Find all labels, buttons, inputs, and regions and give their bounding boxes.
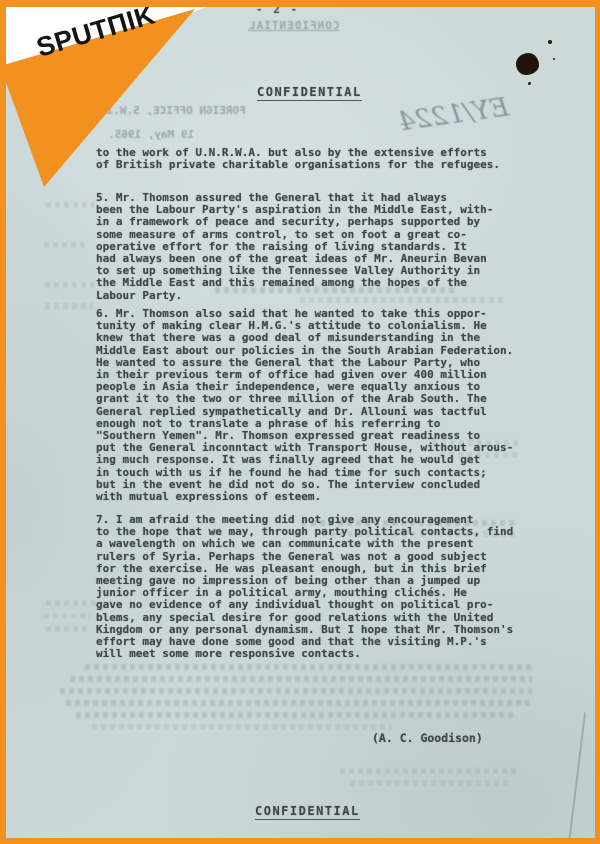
paragraph-7: 7. I am afraid the meeting did not give … [96, 514, 536, 660]
bleedthrough-handwriting: EY/1224 [396, 92, 510, 137]
paper-crease [568, 712, 586, 843]
signature: (A. C. Goodison) [372, 732, 483, 744]
classification-heading-top: CONFIDENTIAL [257, 86, 362, 101]
ink-blot [516, 53, 539, 75]
bleedthrough-streak [66, 700, 530, 706]
bleedthrough-streak [46, 626, 90, 632]
bleedthrough-streak [44, 613, 90, 619]
bleedthrough-streak [44, 242, 86, 248]
bleedthrough-streak [76, 712, 514, 718]
frame-border-bottom [0, 838, 600, 844]
frame-border-top [0, 0, 600, 7]
bleedthrough-streak [340, 768, 520, 774]
classification-heading-bottom: CONFIDENTIAL [255, 805, 360, 820]
bleedthrough-streak [350, 780, 510, 786]
scanned-document-photo: - 2 - CONFIDENTIAL CONFIDENTIAL FOREIGN … [0, 0, 600, 844]
ink-speck [528, 82, 531, 85]
ink-speck [553, 58, 555, 60]
frame-border-left [0, 0, 6, 844]
paragraph-5: 5. Mr. Thomson assured the General that … [96, 192, 536, 302]
frame-border-right [595, 0, 600, 844]
bleedthrough-letterhead: FOREIGN OFFICE, S.W.1. [100, 104, 246, 117]
bleedthrough-date: 19 May, 1965. [108, 128, 194, 141]
ink-speck [548, 40, 552, 44]
bleedthrough-streak [46, 600, 98, 606]
paragraph-6: 6. Mr. Thomson also said that he wanted … [96, 308, 536, 503]
bleedthrough-streak [85, 664, 535, 670]
bleedthrough-streak [70, 676, 532, 682]
bleedthrough-streak [45, 303, 93, 309]
bleedthrough-streak [60, 688, 532, 694]
bleedthrough-confidential: CONFIDENTIAL [248, 19, 339, 32]
bleedthrough-streak [46, 202, 94, 208]
bleedthrough-streak [92, 724, 392, 730]
paragraph-continuation: to the work of U.N.R.W.A. but also by th… [96, 147, 536, 171]
bleedthrough-streak [45, 282, 97, 288]
